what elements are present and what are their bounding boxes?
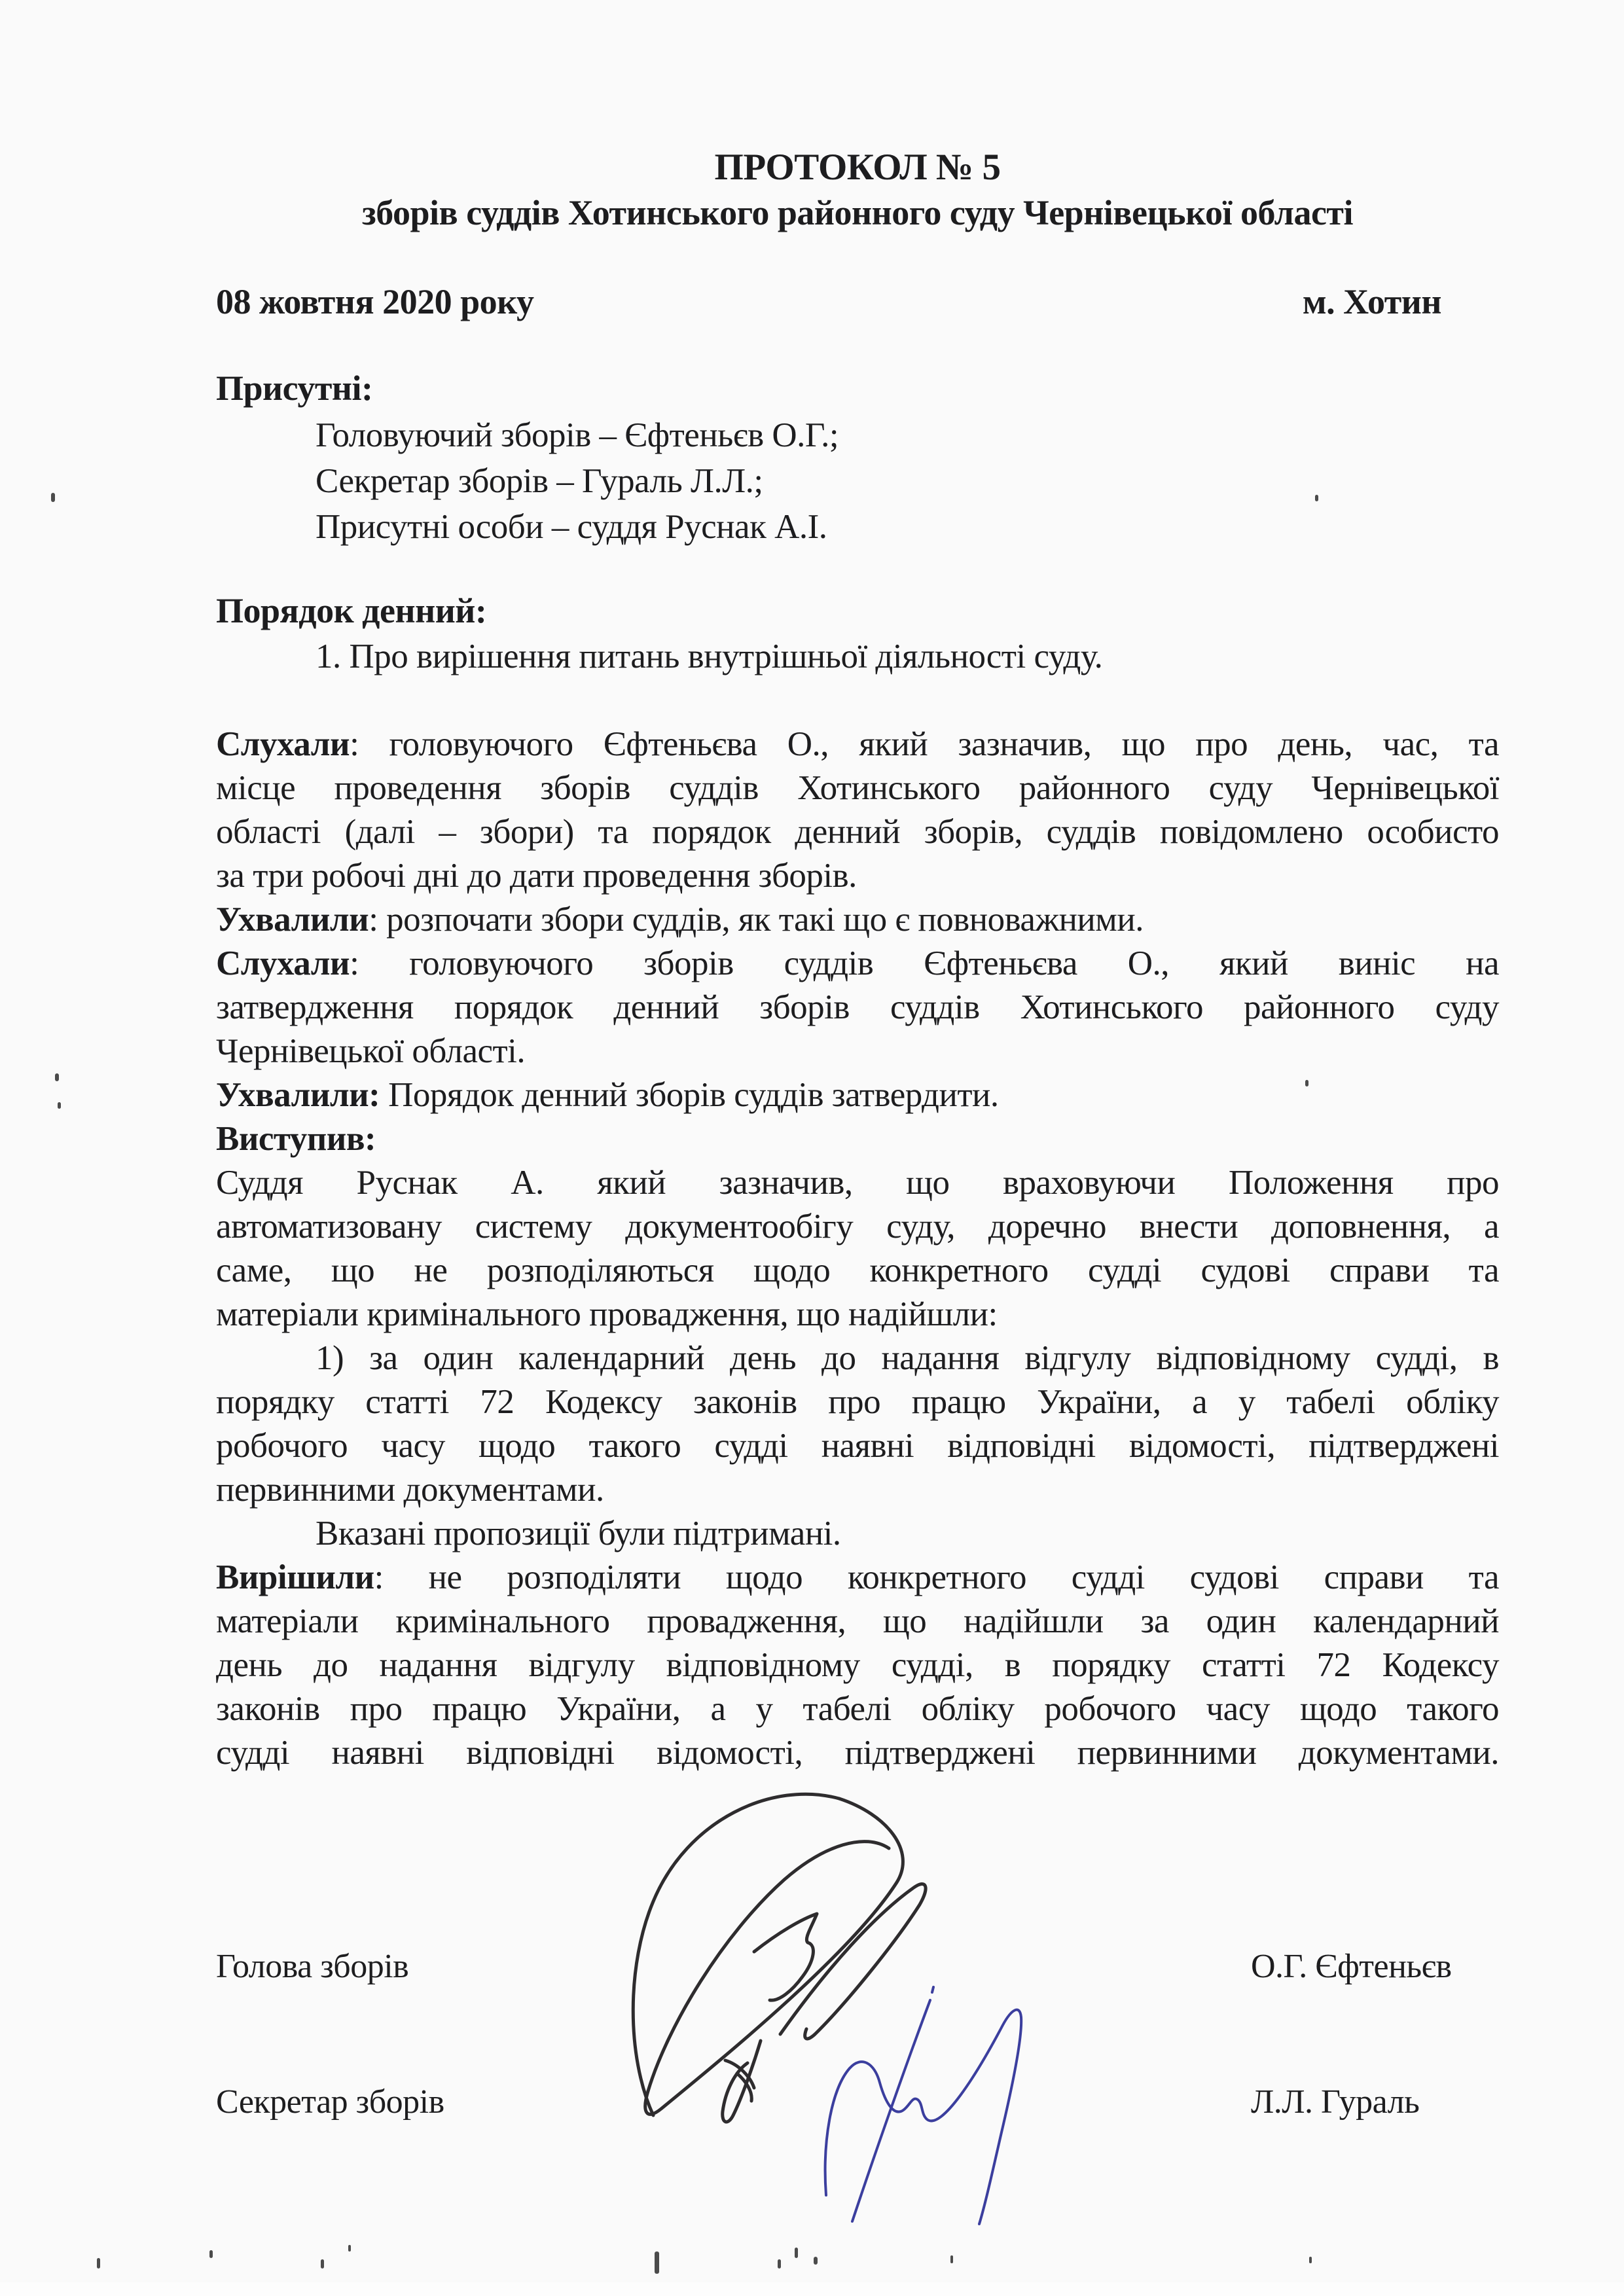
- body-line: Чернівецької області.: [216, 1030, 1499, 1073]
- line-text: законів про працю України, а у табелі об…: [216, 1690, 1499, 1728]
- document-date: 08 жовтня 2020 року: [216, 280, 534, 324]
- line-text: первинними документами.: [216, 1471, 604, 1509]
- signature-role: Секретар зборів: [216, 2083, 444, 2121]
- body-line: місце проведення зборів суддів Хотинсько…: [216, 766, 1499, 810]
- scan-speck: [348, 2245, 351, 2251]
- dateline: 08 жовтня 2020 року м. Хотин: [216, 280, 1499, 324]
- scan-speck: [655, 2251, 659, 2274]
- attendee-item: Секретар зборів – Гураль Л.Л.;: [216, 458, 1499, 504]
- body-line: первинними документами.: [216, 1468, 1499, 1512]
- line-text: робочого часу щодо такого судді наявні в…: [216, 1427, 1499, 1465]
- line-text: матеріали кримінального провадження, що …: [216, 1602, 1499, 1640]
- document-body: Слухали: головуючого Єфтеньєва О., який …: [216, 723, 1499, 1775]
- scan-speck: [1315, 495, 1318, 501]
- scan-speck: [55, 1073, 59, 1081]
- scan-speck: [795, 2248, 798, 2258]
- scan-speck: [58, 1102, 61, 1109]
- line-text: : не розподіляти щодо конкретного судді …: [374, 1558, 1499, 1596]
- scan-speck: [814, 2257, 818, 2265]
- document-title: ПРОТОКОЛ № 5: [216, 145, 1499, 189]
- paragraph-lead: Вирішили: [216, 1558, 374, 1596]
- signature-row-secretary: Секретар зборів Л.Л. Гураль: [216, 2082, 1499, 2123]
- paragraph-lead: Ухвалили:: [216, 1076, 380, 1114]
- attendees-heading: Присутні:: [216, 367, 1499, 410]
- line-text: місце проведення зборів суддів Хотинсько…: [216, 769, 1499, 807]
- paragraph-lead: Виступив:: [216, 1120, 376, 1158]
- agenda-heading: Порядок денний:: [216, 589, 1499, 633]
- line-text: 1) за один календарний день до надання в…: [316, 1339, 1499, 1377]
- line-text: Порядок денний зборів суддів затвердити.: [380, 1076, 998, 1114]
- body-line: 1) за один календарний день до надання в…: [216, 1336, 1499, 1380]
- page-bottom-edge: [0, 2282, 1624, 2296]
- line-text: автоматизовану систему документообігу су…: [216, 1208, 1499, 1246]
- attendee-item: Присутні особи – суддя Руснак А.І.: [216, 504, 1499, 550]
- line-text: саме, що не розподіляються щодо конкретн…: [216, 1251, 1499, 1289]
- scan-speck: [950, 2255, 953, 2263]
- scan-speck: [778, 2259, 781, 2269]
- line-text: області (далі – збори) та порядок денний…: [216, 813, 1499, 851]
- attendee-item: Головуючий зборів – Єфтеньєв О.Г.;: [216, 412, 1499, 458]
- body-line: матеріали кримінального провадження, що …: [216, 1293, 1499, 1336]
- line-text: затвердження порядок денний зборів судді…: [216, 988, 1499, 1026]
- body-line: день до надання відгулу відповідному суд…: [216, 1643, 1499, 1687]
- agenda-item: 1. Про вирішення питань внутрішньої діял…: [216, 635, 1598, 679]
- body-line: Виступив:: [216, 1117, 1499, 1161]
- line-text: Суддя Руснак А. який зазначив, що врахов…: [216, 1164, 1499, 1202]
- attendees-list: Головуючий зборів – Єфтеньєв О.Г.; Секре…: [216, 412, 1499, 550]
- scan-speck: [321, 2259, 324, 2269]
- body-line: Слухали: головуючого зборів суддів Єфтен…: [216, 942, 1499, 986]
- line-text: : розпочати збори суддів, як такі що є п…: [369, 901, 1144, 939]
- line-text: Вказані пропозиції були підтримані.: [316, 1515, 841, 1552]
- line-text: : головуючого Єфтеньєва О., який зазначи…: [350, 725, 1499, 763]
- paragraph-lead: Ухвалили: [216, 901, 369, 939]
- body-line: Вирішили: не розподіляти щодо конкретног…: [216, 1556, 1499, 1600]
- signature-name: О.Г. Єфтеньєв: [1251, 1946, 1452, 1987]
- signature-row-chairman: Голова зборів О.Г. Єфтеньєв: [216, 1946, 1499, 1987]
- body-line: Ухвалили: розпочати збори суддів, як так…: [216, 898, 1499, 942]
- scan-speck: [51, 493, 55, 502]
- body-line: робочого часу щодо такого судді наявні в…: [216, 1424, 1499, 1468]
- paragraph-lead: Слухали: [216, 944, 350, 982]
- body-line: області (далі – збори) та порядок денний…: [216, 810, 1499, 854]
- line-text: Чернівецької області.: [216, 1032, 525, 1070]
- scan-speck: [97, 2258, 100, 2269]
- scanned-document-page: ПРОТОКОЛ № 5 зборів суддів Хотинського р…: [0, 0, 1624, 2296]
- scan-speck: [1305, 1080, 1308, 1086]
- scan-speck: [1309, 2257, 1312, 2263]
- document-place: м. Хотин: [1303, 280, 1499, 324]
- line-text: за три робочі дні до дати проведення збо…: [216, 857, 857, 895]
- body-line: Вказані пропозиції були підтримані.: [216, 1512, 1499, 1556]
- body-line: за три робочі дні до дати проведення збо…: [216, 854, 1499, 898]
- body-line: саме, що не розподіляються щодо конкретн…: [216, 1249, 1499, 1293]
- body-line: порядку статті 72 Кодексу законів про пр…: [216, 1380, 1499, 1424]
- body-line: Слухали: головуючого Єфтеньєва О., який …: [216, 723, 1499, 766]
- body-line: автоматизовану систему документообігу су…: [216, 1205, 1499, 1249]
- body-line: затвердження порядок денний зборів судді…: [216, 986, 1499, 1030]
- scan-speck: [209, 2250, 213, 2258]
- body-line: законів про працю України, а у табелі об…: [216, 1687, 1499, 1731]
- signature-name: Л.Л. Гураль: [1251, 2082, 1419, 2123]
- line-text: порядку статті 72 Кодексу законів про пр…: [216, 1383, 1499, 1421]
- line-text: день до надання відгулу відповідному суд…: [216, 1646, 1499, 1684]
- paragraph-lead: Слухали: [216, 725, 350, 763]
- document-subtitle: зборів суддів Хотинського районного суду…: [216, 191, 1499, 235]
- line-text: судді наявні відповідні відомості, підтв…: [216, 1734, 1499, 1772]
- line-text: : головуючого зборів суддів Єфтеньєва О.…: [350, 944, 1499, 982]
- body-line: матеріали кримінального провадження, що …: [216, 1600, 1499, 1643]
- body-line: судді наявні відповідні відомості, підтв…: [216, 1731, 1499, 1775]
- signature-role: Голова зборів: [216, 1948, 408, 1985]
- line-text: матеріали кримінального провадження, що …: [216, 1295, 998, 1333]
- body-line: Суддя Руснак А. який зазначив, що врахов…: [216, 1161, 1499, 1205]
